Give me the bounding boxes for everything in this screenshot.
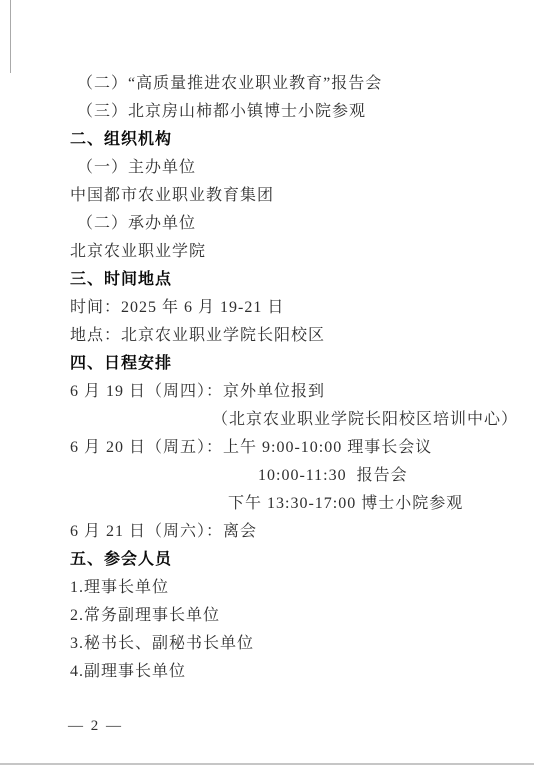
- document-line: 6 月 21 日（周六）：离会: [70, 518, 524, 546]
- document-line: 中国都市农业职业教育集团: [70, 182, 524, 210]
- document-line: 6 月 19 日（周四）：京外单位报到: [70, 378, 524, 406]
- document-line: 2.常务副理事长单位: [70, 602, 524, 630]
- scan-scratch-artifact: [10, 0, 11, 73]
- document-page: （二）“高质量推进农业职业教育”报告会（三）北京房山柿都小镇博士小院参观二、组织…: [0, 0, 534, 765]
- document-line: 三、时间地点: [70, 266, 524, 294]
- document-line: 北京农业职业学院: [70, 238, 524, 266]
- document-body: （二）“高质量推进农业职业教育”报告会（三）北京房山柿都小镇博士小院参观二、组织…: [70, 70, 524, 686]
- document-line: （二）“高质量推进农业职业教育”报告会: [70, 70, 524, 98]
- page-number: — 2 —: [68, 716, 123, 736]
- document-line: 二、组织机构: [70, 126, 524, 154]
- document-line: 五、参会人员: [70, 546, 524, 574]
- document-line: 10:00-11:30 报告会: [70, 462, 524, 490]
- document-line: 6 月 20 日（周五）：上午 9:00-10:00 理事长会议: [70, 434, 524, 462]
- document-line: （三）北京房山柿都小镇博士小院参观: [70, 98, 524, 126]
- document-line: （二）承办单位: [70, 210, 524, 238]
- document-line: 地点：北京农业职业学院长阳校区: [70, 322, 524, 350]
- document-line: 下午 13:30-17:00 博士小院参观: [70, 490, 524, 518]
- document-line: 1.理事长单位: [70, 574, 524, 602]
- document-line: 时间：2025 年 6 月 19-21 日: [70, 294, 524, 322]
- document-line: （北京农业职业学院长阳校区培训中心）: [70, 406, 524, 434]
- document-line: 3.秘书长、副秘书长单位: [70, 630, 524, 658]
- document-line: （一）主办单位: [70, 154, 524, 182]
- document-line: 四、日程安排: [70, 350, 524, 378]
- document-line: 4.副理事长单位: [70, 658, 524, 686]
